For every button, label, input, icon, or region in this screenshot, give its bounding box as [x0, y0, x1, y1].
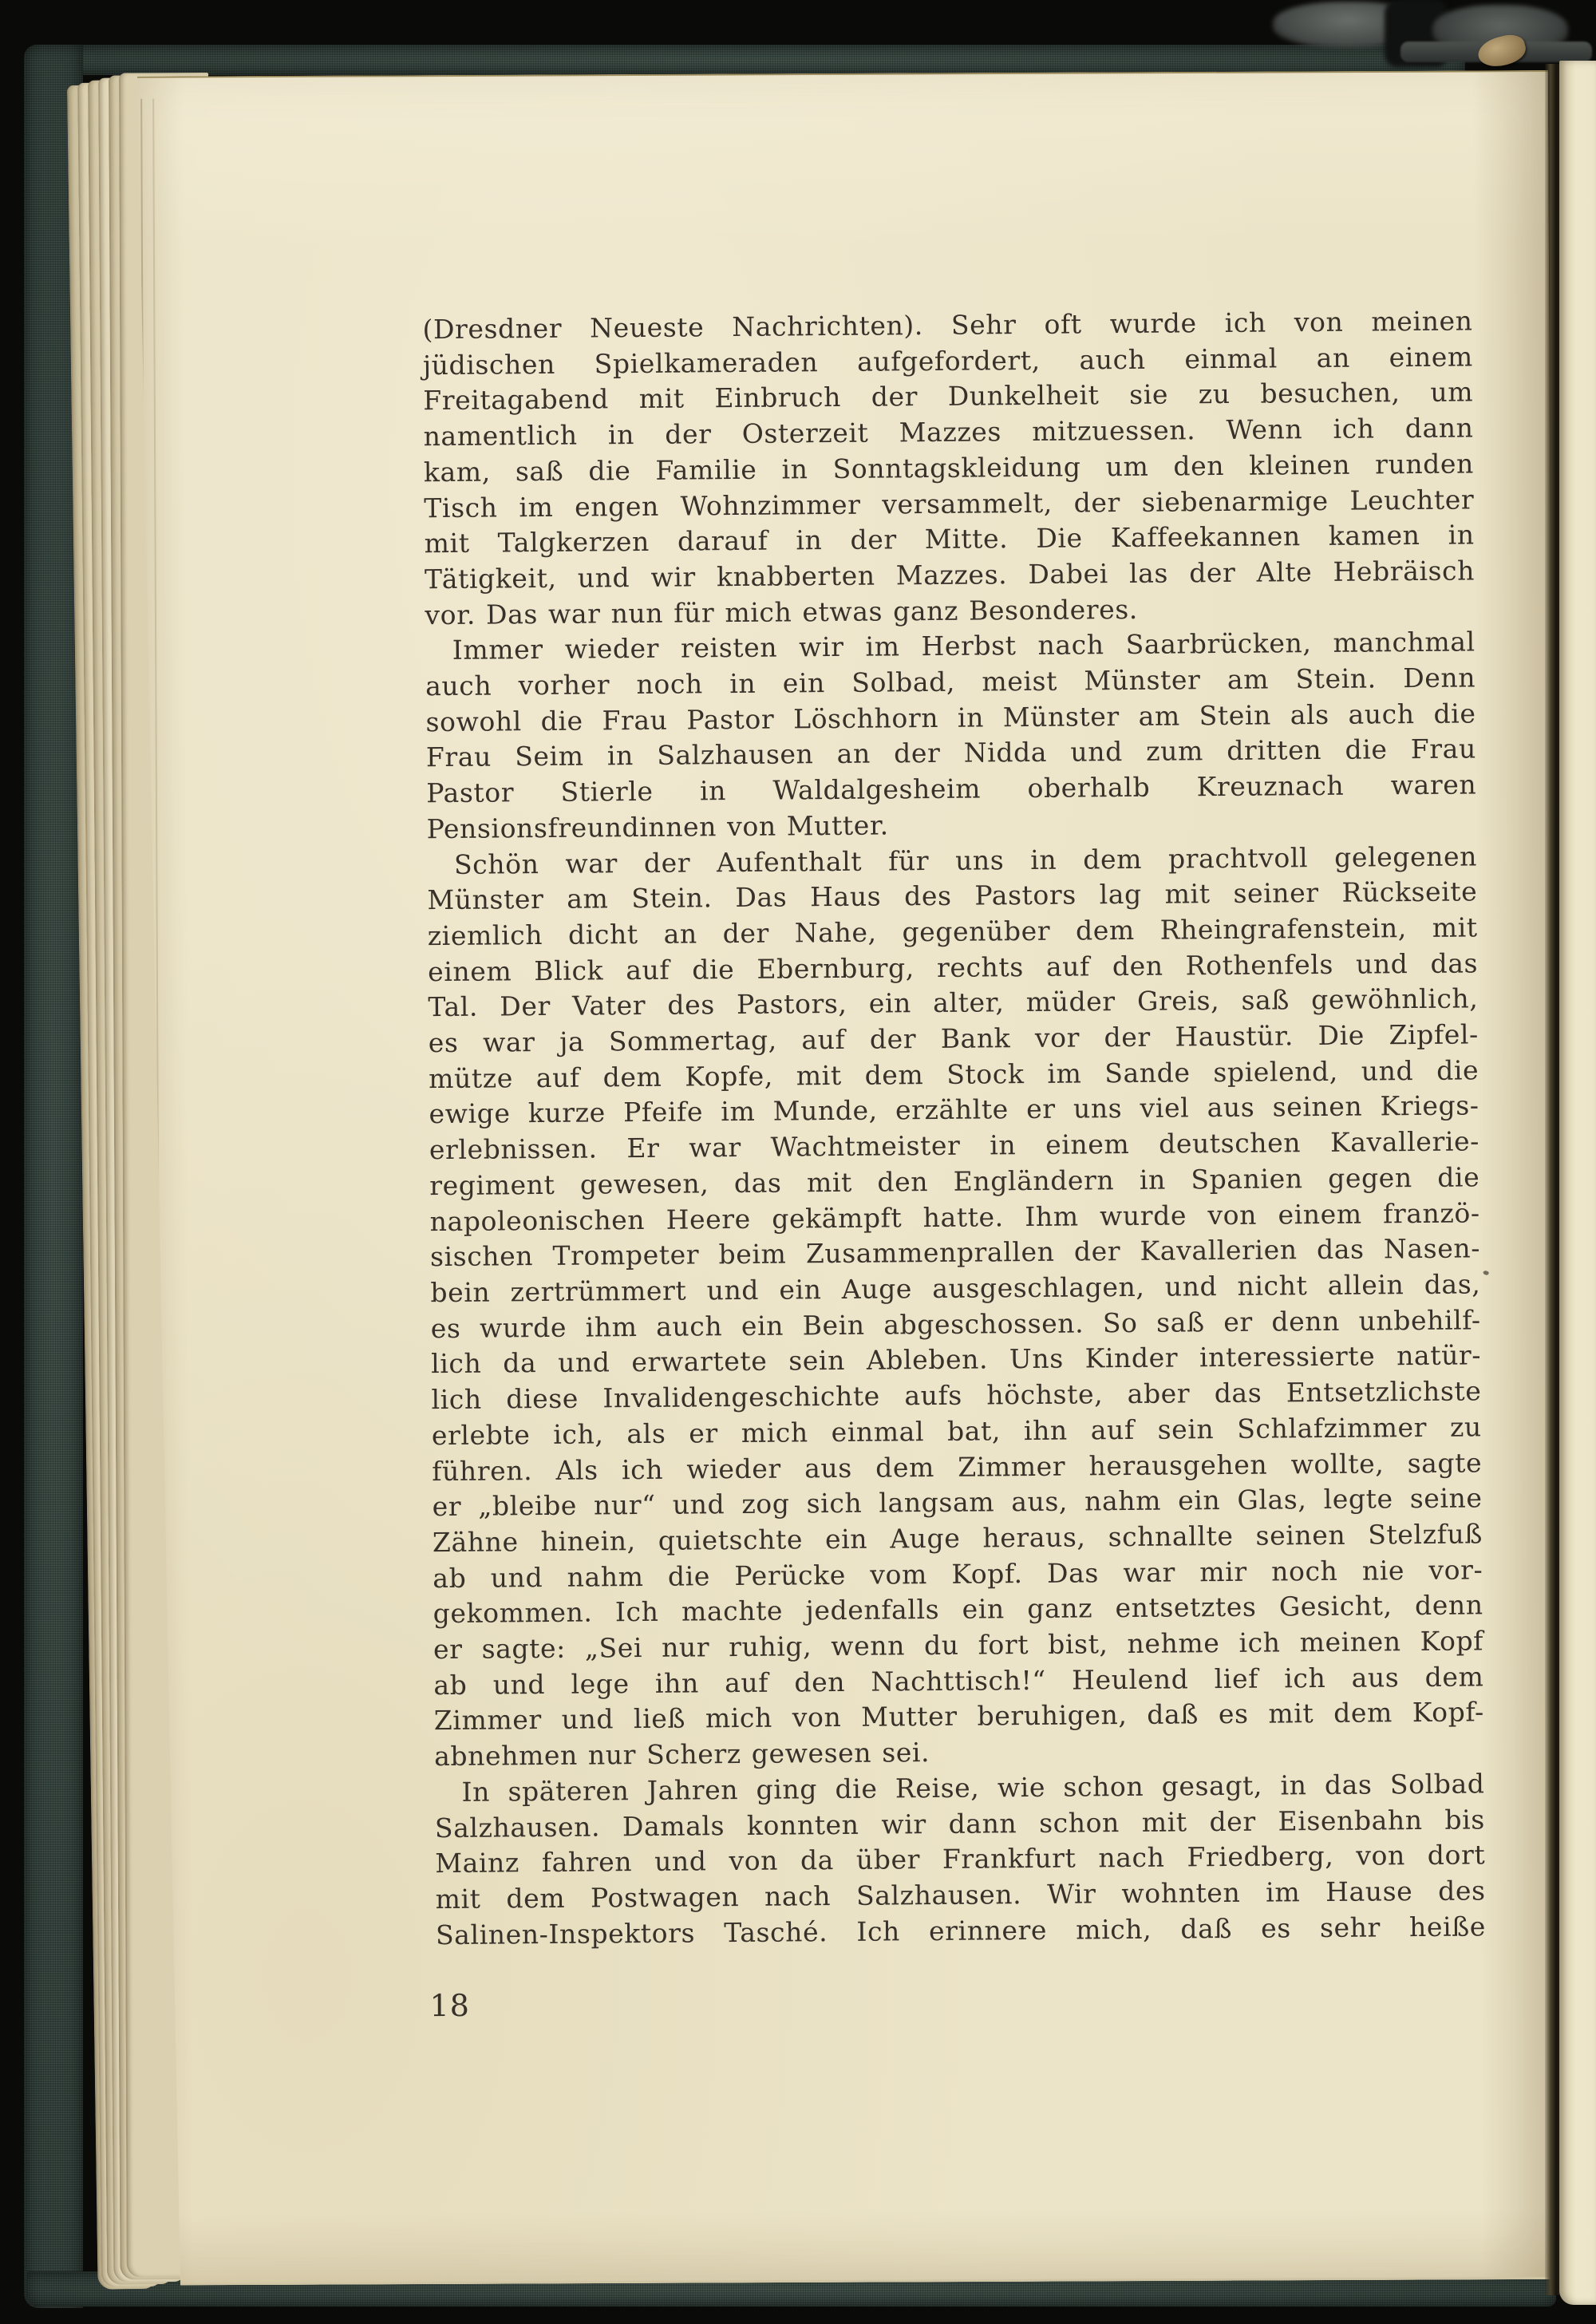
page-text: (Dresdner Neueste Nachrichten). Sehr oft… — [422, 303, 1486, 1953]
page-number: 18 — [429, 1988, 470, 2023]
ink-speck — [1483, 1270, 1489, 1275]
book-scan-scene: (Dresdner Neueste Nachrichten). Sehr oft… — [0, 0, 1596, 2324]
book-page: (Dresdner Neueste Nachrichten). Sehr oft… — [128, 70, 1558, 2286]
gutter-shadow — [1545, 64, 1561, 2295]
facing-page-edge — [1559, 61, 1596, 2305]
book-headband-area — [1229, 0, 1596, 77]
